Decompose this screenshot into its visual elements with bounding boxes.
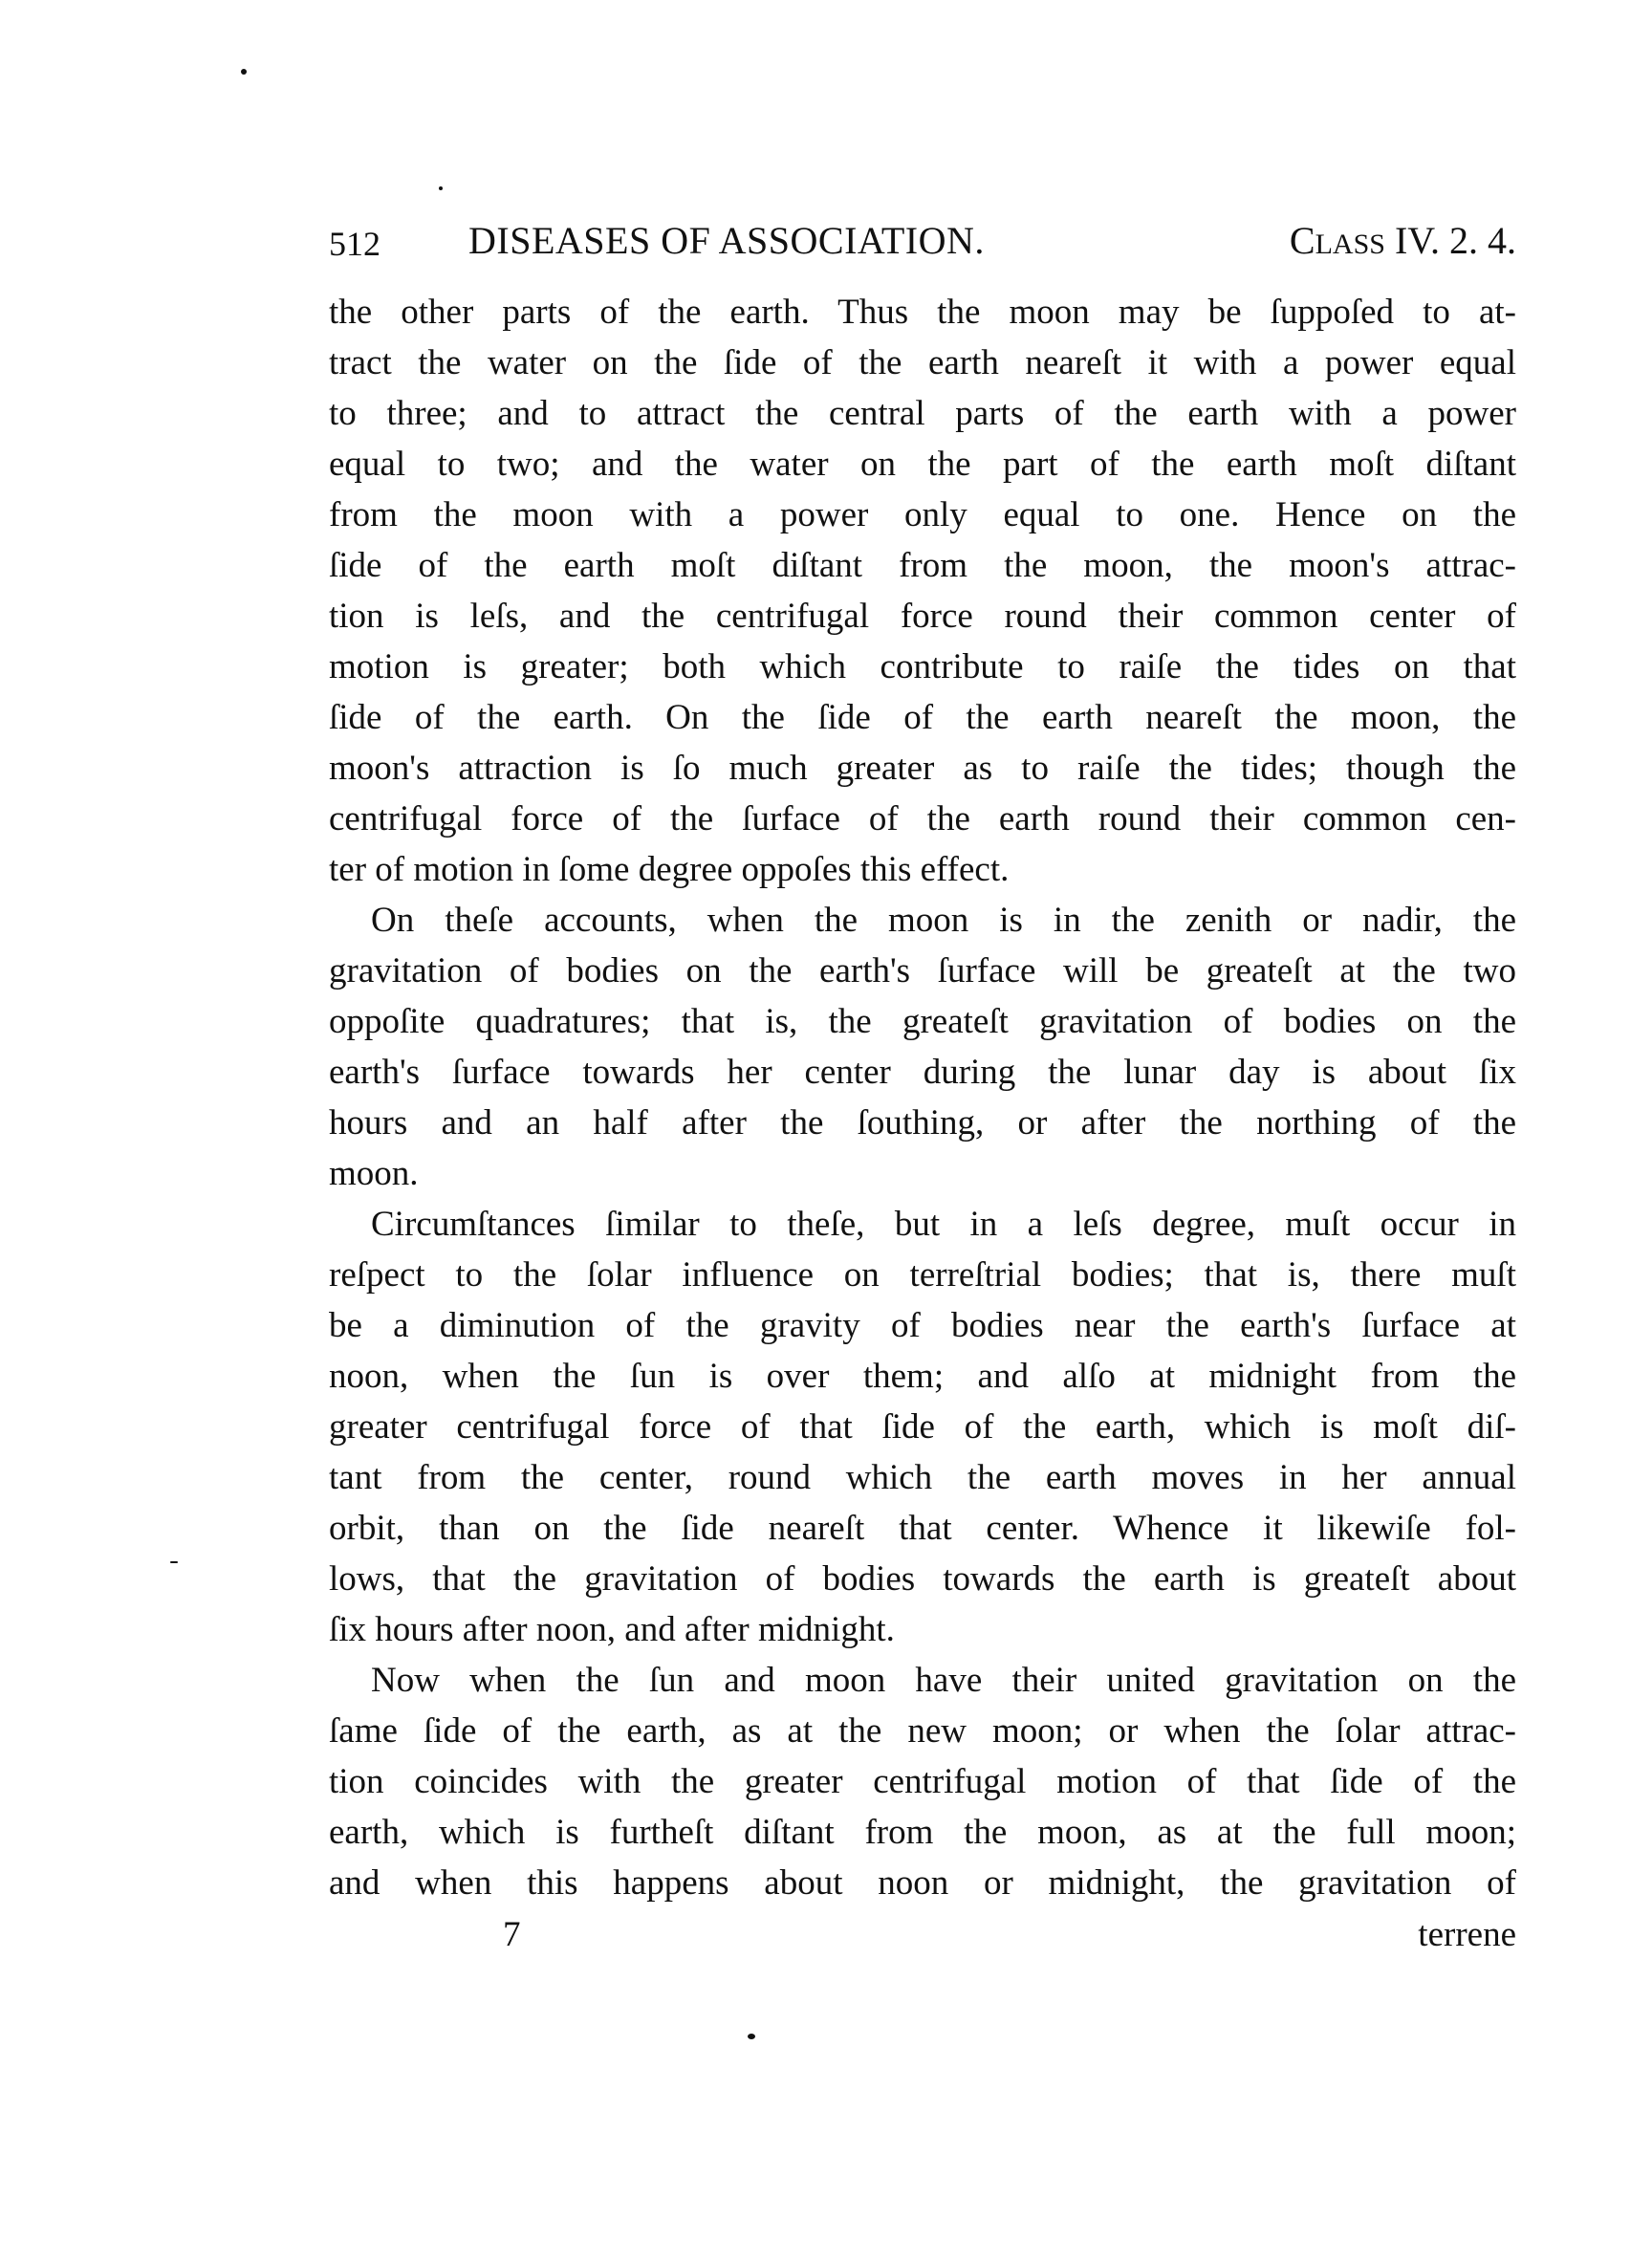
text-line: Circumſtances ſimilar to theſe, but in a… — [329, 1199, 1516, 1250]
text-line: noon, when the ſun is over them; and alſ… — [329, 1351, 1516, 1402]
text-line: ter of motion in ſome degree oppoſes thi… — [329, 844, 1516, 895]
text-line: tract the water on the ſide of the earth… — [329, 337, 1516, 388]
text-line: tant from the center, round which the ea… — [329, 1452, 1516, 1503]
text-line: equal to two; and the water on the part … — [329, 439, 1516, 490]
text-line: reſpect to the ſolar influence on terreſ… — [329, 1250, 1516, 1300]
text-line: greater centrifugal force of that ſide o… — [329, 1402, 1516, 1452]
text-line: moon's attraction is ſo much greater as … — [329, 743, 1516, 794]
page-footer: 7 terrene — [329, 1914, 1516, 1971]
text-line: gravitation of bodies on the earth's ſur… — [329, 946, 1516, 996]
print-speck — [170, 1561, 178, 1563]
text-line: lows, that the gravitation of bodies tow… — [329, 1554, 1516, 1604]
text-line: ſix hours after noon, and after midnight… — [329, 1604, 1516, 1655]
text-line: be a diminution of the gravity of bodies… — [329, 1300, 1516, 1351]
class-number: IV. 2. 4. — [1395, 219, 1516, 262]
text-line: the other parts of the earth. Thus the m… — [329, 287, 1516, 337]
running-title: DISEASES OF ASSOCIATION. — [468, 218, 985, 263]
text-line: tion coincides with the greater centrifu… — [329, 1756, 1516, 1807]
text-line: Now when the ſun and moon have their uni… — [329, 1655, 1516, 1706]
text-line: tion is leſs, and the centrifugal force … — [329, 591, 1516, 642]
text-line: centrifugal force of the ſurface of the … — [329, 794, 1516, 844]
text-line: earth's ſurface towards her center durin… — [329, 1047, 1516, 1098]
text-line: ſide of the earth moſt diſtant from the … — [329, 540, 1516, 591]
class-label-initial: C — [1290, 219, 1315, 262]
catchword: terrene — [1418, 1914, 1516, 1955]
print-speck — [748, 2034, 755, 2039]
paragraph: Circumſtances ſimilar to theſe, but in a… — [329, 1199, 1516, 1655]
page-number: 512 — [329, 224, 380, 264]
text-line: motion is greater; both which contribute… — [329, 642, 1516, 692]
text-line: moon. — [329, 1148, 1516, 1199]
text-line: ſide of the earth. On the ſide of the ea… — [329, 692, 1516, 743]
class-reference: CLASS IV. 2. 4. — [1290, 218, 1516, 263]
print-speck — [241, 69, 247, 75]
signature-mark: 7 — [503, 1914, 521, 1955]
text-line: ſame ſide of the earth, as at the new mo… — [329, 1706, 1516, 1756]
class-label-small-caps: LASS — [1315, 229, 1385, 260]
text-line: On theſe accounts, when the moon is in t… — [329, 895, 1516, 946]
text-line: earth, which is furtheſt diſtant from th… — [329, 1807, 1516, 1858]
text-line: hours and an half after the ſouthing, or… — [329, 1098, 1516, 1148]
page-body: the other parts of the earth. Thus the m… — [329, 287, 1516, 1908]
text-line: oppoſite quadratures; that is, the great… — [329, 996, 1516, 1047]
paragraph: On theſe accounts, when the moon is in t… — [329, 895, 1516, 1199]
text-line: and when this happens about noon or midn… — [329, 1858, 1516, 1908]
text-line: to three; and to attract the central par… — [329, 388, 1516, 439]
text-line: orbit, than on the ſide neareſt that cen… — [329, 1503, 1516, 1554]
text-line: from the moon with a power only equal to… — [329, 490, 1516, 540]
paragraph: Now when the ſun and moon have their uni… — [329, 1655, 1516, 1908]
page-header: 512 DISEASES OF ASSOCIATION. CLASS IV. 2… — [329, 218, 1516, 275]
print-speck — [439, 186, 443, 190]
paragraph: the other parts of the earth. Thus the m… — [329, 287, 1516, 895]
